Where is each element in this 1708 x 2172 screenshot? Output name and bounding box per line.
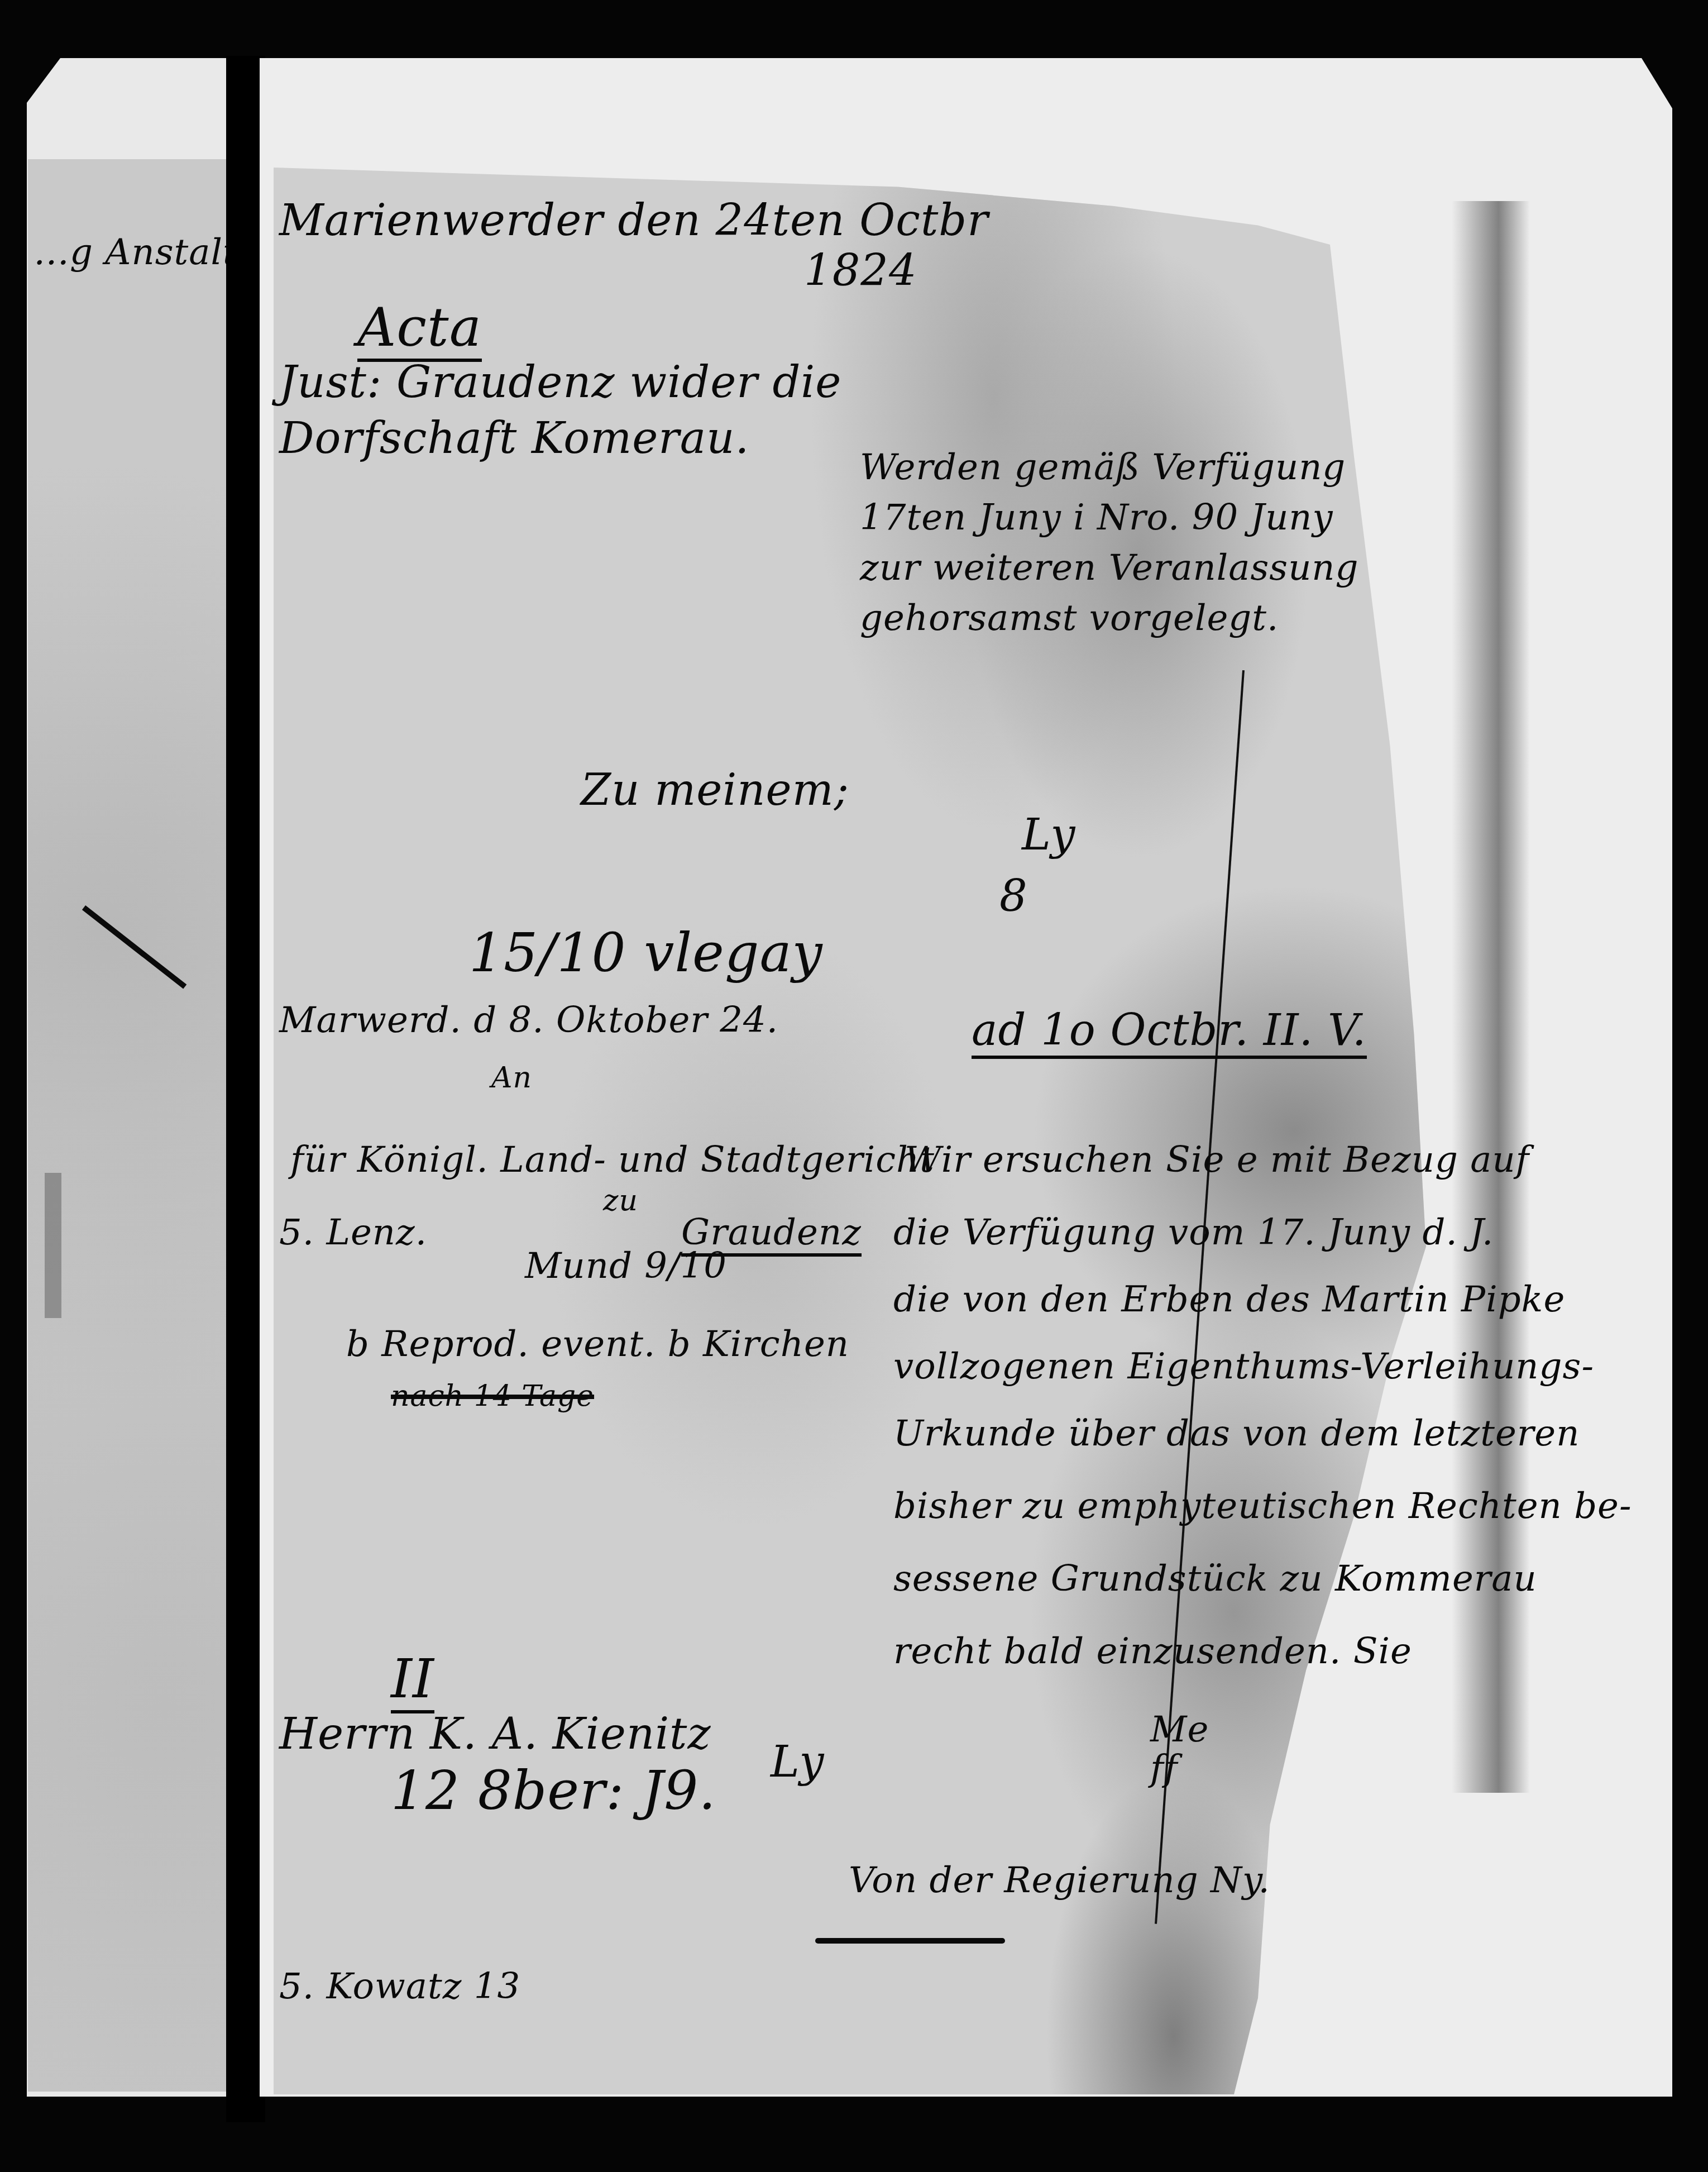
draft-right-line-1: Wir ersuchen Sie e mit Bezug auf: [905, 1139, 1529, 1181]
note-line-1: Werden gemäß Verfügung: [860, 447, 1346, 488]
zu-initials: Ly: [1022, 810, 1076, 860]
section-two-date: 12 8ber: J9.: [391, 1759, 716, 1822]
note-line-2: 17ten Juny i Nro. 90 Juny: [860, 497, 1333, 538]
draft-right-line-3: die von den Erben des Martin Pipke: [893, 1279, 1565, 1320]
zu-text: Zu meinem;: [581, 765, 849, 815]
subject-line-2: Dorfschaft Komerau.: [279, 413, 749, 464]
page-worn-edge: [1452, 201, 1530, 1793]
draft-note-left: 5. Lenz.: [279, 1212, 427, 1253]
section-two-extra: 5. Kowatz 13: [279, 1966, 520, 2007]
place-date: Marienwerder den 24ten Octbr: [279, 195, 988, 246]
draft-an: An: [491, 1061, 532, 1095]
draft-ref: 15/10 vlegay: [469, 922, 823, 984]
section-two-initials: Ly: [771, 1737, 825, 1787]
draft-right-line-6: bisher zu emphyteutischen Rechten be-: [893, 1486, 1632, 1527]
draft-reprod: b Reprod. event. b Kirchen: [346, 1324, 849, 1365]
subject-line-1: Just: Graudenz wider die: [279, 357, 841, 408]
footer-right: Von der Regierung Ny.: [849, 1860, 1270, 1901]
section-two-addressee: Herrn K. A. Kienitz: [279, 1709, 711, 1759]
draft-right-line-7: sessene Grundstück zu Kommerau: [893, 1558, 1537, 1600]
left-leaf-fragment: …g Anstalt: [34, 232, 238, 273]
draft-zu: zu: [603, 1184, 638, 1218]
draft-right-line-2: die Verfügung vom 17. Juny d. J.: [893, 1212, 1494, 1253]
footer-flourish: [815, 1938, 1005, 1944]
draft-dated: Marwerd. d 8. Oktober 24.: [279, 1000, 778, 1041]
draft-addressee: für Königl. Land- und Stadtgericht: [290, 1139, 935, 1181]
acta-heading: Acta: [357, 296, 482, 362]
left-leaf-smudge: [45, 1173, 61, 1318]
draft-struck-text: nach 14 Tage: [391, 1379, 594, 1413]
note-line-3: zur weiteren Veranlassung: [860, 547, 1359, 589]
draft-initials: Mund 9/10: [525, 1245, 727, 1287]
zu-mark: 8: [999, 871, 1028, 922]
draft-right-line-4: vollzogenen Eigenthums-Verleihungs-: [893, 1346, 1594, 1387]
draft-right-sign-1: Me: [1150, 1709, 1209, 1750]
note-line-4: gehorsamst vorgelegt.: [860, 598, 1279, 639]
draft-right-line-8: recht bald einzusenden. Sie: [893, 1631, 1412, 1672]
year: 1824: [804, 246, 917, 296]
draft-right-ref: ad 1o Octbr. II. V.: [972, 1005, 1367, 1059]
draft-right-sign-2: ff: [1150, 1748, 1178, 1789]
draft-right-line-5: Urkunde über das von dem letzteren: [893, 1413, 1580, 1454]
section-two-numeral: II: [391, 1648, 434, 1713]
left-leaf-inner-page: [28, 159, 257, 2092]
